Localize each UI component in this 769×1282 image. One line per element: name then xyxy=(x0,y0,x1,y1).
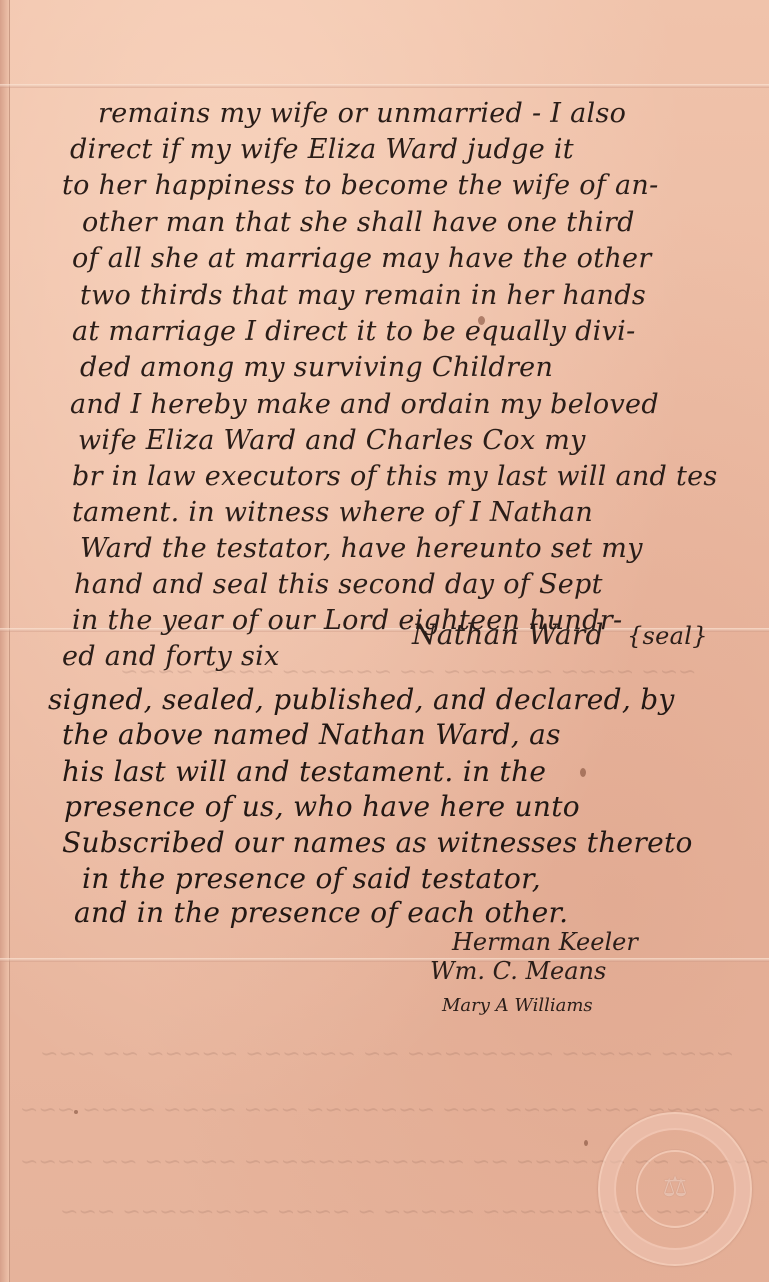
will-body-line: to her happiness to become the wife of a… xyxy=(62,170,659,201)
ink-stain xyxy=(584,1140,588,1146)
scales-icon: ⚖ xyxy=(638,1170,712,1203)
ink-stain xyxy=(74,1110,78,1114)
will-body-line: hand and seal this second day of Sept xyxy=(74,569,603,600)
seal-mark: {seal} xyxy=(627,622,708,650)
attestation-line: presence of us, who have here unto xyxy=(64,790,580,823)
attestation-line: the above named Nathan Ward, as xyxy=(62,718,561,751)
bleed-through-text: ~~~~ ~~~~~ ~~~~~~~~ ~~ ~~~~~~ ~~~~~ ~~ ~… xyxy=(40,1042,734,1067)
paper-left-edge xyxy=(0,0,10,1282)
attestation-line: his last will and testament. in the xyxy=(62,755,546,788)
will-body-line: remains my wife or unmarried - I also xyxy=(98,98,626,129)
will-body-line: wife Eliza Ward and Charles Cox my xyxy=(78,425,586,456)
fold-line xyxy=(0,84,769,88)
will-body-line: of all she at marriage may have the othe… xyxy=(72,243,652,274)
will-body-line: ded among my surviving Children xyxy=(80,352,553,383)
attestation-line: and in the presence of each other. xyxy=(74,896,568,929)
will-body-line: two thirds that may remain in her hands xyxy=(80,280,646,311)
witness-signature: Wm. C. Means xyxy=(430,957,606,985)
embossed-seal-icon: ⚖ xyxy=(598,1112,752,1266)
will-body-line: and I hereby make and ordain my beloved xyxy=(70,389,659,420)
witness-signature: Mary A Williams xyxy=(442,995,593,1016)
seal-center: ⚖ xyxy=(636,1150,714,1228)
attestation-line: signed, sealed, published, and declared,… xyxy=(48,683,675,716)
attestation-line: Subscribed our names as witnesses theret… xyxy=(62,826,693,859)
fold-line xyxy=(0,958,769,962)
will-body-line: br in law executors of this my last will… xyxy=(72,461,718,492)
will-body-line: direct if my wife Eliza Ward judge it xyxy=(70,134,574,165)
witness-signature: Herman Keeler xyxy=(452,928,638,956)
will-body-line: tament. in witness where of I Nathan xyxy=(72,497,593,528)
testator-signature: Nathan Ward {seal} xyxy=(412,618,708,651)
will-body-line: at marriage I direct it to be equally di… xyxy=(72,316,636,347)
will-body-line: other man that she shall have one third xyxy=(82,207,635,238)
ink-stain xyxy=(478,316,485,325)
testator-name: Nathan Ward xyxy=(412,618,604,651)
document-page: ~~~ ~~~~ ~~~~~~ ~~ ~~~~~~ ~~~~ ~~~~ ~~~~… xyxy=(0,0,769,1282)
will-body-line: Ward the testator, have hereunto set my xyxy=(80,533,643,564)
attestation-line: in the presence of said testator, xyxy=(82,862,541,895)
will-body-line: ed and forty six xyxy=(62,641,280,672)
ink-stain xyxy=(580,768,586,777)
